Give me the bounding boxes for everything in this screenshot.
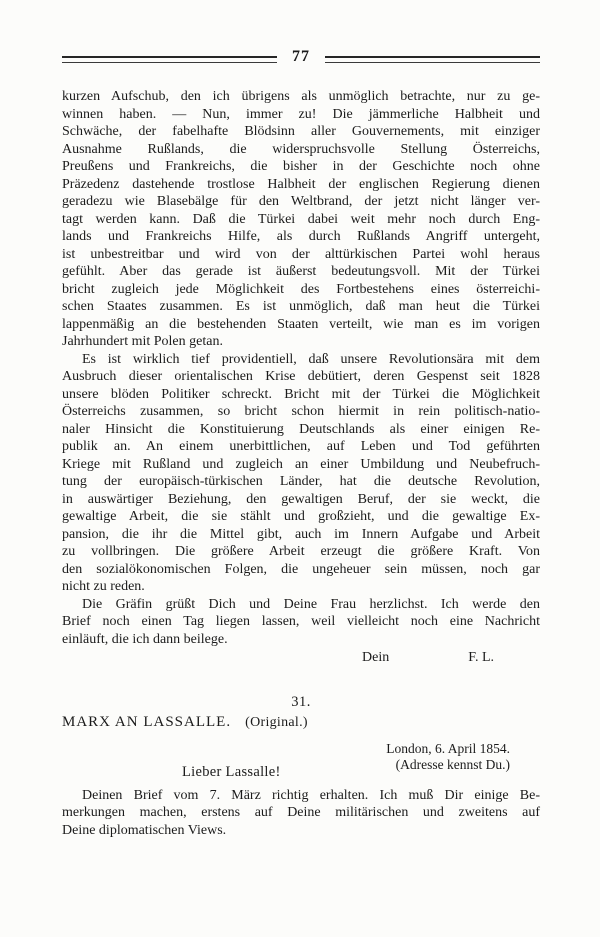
text-line: geradezu wie Blasebälge für den Weltbran… [62,193,540,211]
text-line: einläuft, die ich dann beilege. [62,631,540,649]
text-line: winnen haben. — Nun, immer zu! Die jämme… [62,106,540,124]
section-heading-row: MARX AN LASSALLE.(Original.) [62,713,540,732]
letter-end-body: kurzen Aufschub, den ich übrigens als un… [62,88,540,648]
text-line: Ausbruch dieser orientalischen Krise deb… [62,368,540,386]
text-line: gefühlt. Aber das gerade ist äußerst bed… [62,263,540,281]
paragraph: Deinen Brief vom 7. März richtig erhalte… [62,787,540,840]
text-line: Präzedenz dastehende trostlose Halbheit … [62,176,540,194]
paragraph: Die Gräfin grüßt Dich und Deine Frau her… [62,596,540,649]
text-line: Preußens und Frankreichs, die bisher in … [62,158,540,176]
text-line: publik an. An einem unerbittlichen, auf … [62,438,540,456]
text-line: bricht zugleich jede Möglichkeit des For… [62,281,540,299]
text-line: in auswärtiger Beziehung, den gewaltigen… [62,491,540,509]
signature-valediction: Dein [362,649,389,667]
text-line: kurzen Aufschub, den ich übrigens als un… [62,88,540,106]
text-line: schen Staates zusammen. Es ist unmöglich… [62,298,540,316]
text-line: unsere blöden Politiker schreckt. Bricht… [62,386,540,404]
text-line: gewaltige Arbeit, die sie stählt und gro… [62,508,540,526]
text-line: tung der europäisch-türkischen Länder, h… [62,473,540,491]
text-line: Brief noch einen Tag liegen lassen, weil… [62,613,540,631]
text-line: lappenmäßig an die bestehenden Staaten v… [62,316,540,334]
text-line: Die Gräfin grüßt Dich und Deine Frau her… [62,596,540,614]
text-line: Deinen Brief vom 7. März richtig erhalte… [62,787,540,805]
text-line: Kriege mit Rußland und zugleich an einer… [62,456,540,474]
signature-initials: F. L. [468,649,494,667]
text-line: pansion, die ihr die Mittel gibt, auch i… [62,526,540,544]
signature-row: Dein F. L. [62,649,540,667]
text-line: Ausnahme Rußlands, die widerspruchsvolle… [62,141,540,159]
section-source-note: (Original.) [245,715,308,730]
section-heading: MARX AN LASSALLE. [62,714,231,730]
letter-start-body: Deinen Brief vom 7. März richtig erhalte… [62,787,540,840]
text-line: merkungen machen, erstens auf Deine mili… [62,804,540,822]
section-number: 31. [62,693,540,711]
text-line: den sozialökonomischen Folgen, die ungeh… [62,561,540,579]
paragraph: Es ist wirklich tief providentiell, daß … [62,351,540,596]
page-number: 77 [292,48,310,66]
text-line: naler Hinsicht die Konstituierung Deutsc… [62,421,540,439]
text-line: nicht zu reden. [62,578,540,596]
text-line: Es ist wirklich tief providentiell, daß … [62,351,540,369]
header-rule-left [62,56,277,63]
letter-dateline: London, 6. April 1854. [62,741,510,757]
book-page: 77 kurzen Aufschub, den ich übrigens als… [0,0,600,937]
text-line: Schwäche, der fabelhafte Blödsinn aller … [62,123,540,141]
text-line: Deine diplomatischen Views. [62,822,540,840]
paragraph: kurzen Aufschub, den ich übrigens als un… [62,88,540,351]
text-line: zu vollbringen. Die größere Arbeit erzeu… [62,543,540,561]
running-head: 77 [62,50,540,68]
text-line: ist unbestreitbar und wird von der alttü… [62,246,540,264]
text-line: Jahrhundert mit Polen getan. [62,333,540,351]
text-line: tagt werden kann. Daß die Türkei dabei w… [62,211,540,229]
text-line: lands und Frankreichs Hilfe, als durch R… [62,228,540,246]
text-line: Österreichs zusammen, so bricht schon hi… [62,403,540,421]
header-rule-right [325,56,540,63]
